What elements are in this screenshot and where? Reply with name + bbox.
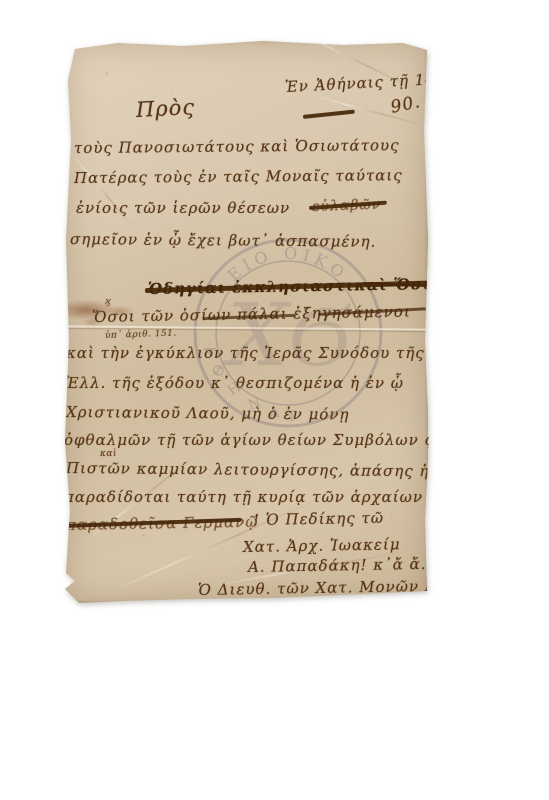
handwriting-struck-phrase: παραδοθεῖσα Γερμανῷ xyxy=(66,513,259,534)
handwriting-marginal-mark: ϗ xyxy=(105,297,111,307)
handwriting-line: Χριστιανικοῦ Λαοῦ, μὴ ὁ ἐν μόνῃ xyxy=(66,403,350,423)
stamp-monogram: ΧϬ xyxy=(221,286,351,386)
handwriting-signature: Ὁ Διευθ. τῶν Χατ. Μονῶν Β. xyxy=(198,577,443,599)
handwriting-line: Ἑλλ. τῆς ἐξόδου κ᾽ θεσπιζομένα ἡ ἐν ᾧ xyxy=(66,374,404,392)
handwriting-line: καὶ τὴν ἐγκύκλιον τῆς Ἱερᾶς Συνόδου τῆς xyxy=(66,344,425,362)
handwriting-line: παραδίδοται ταύτη τῇ κυρίᾳ τῶν ἀρχαίων xyxy=(64,488,423,506)
handwriting-salutation: Πρὸς xyxy=(135,95,195,122)
crease-line xyxy=(70,152,135,230)
aged-paper: ΕΙΟ ΟΙΚΟ ΧϬ Α Θ Η Ν Α Ι xyxy=(63,40,428,603)
circular-library-stamp-icon: ΕΙΟ ΟΙΚΟ ΧϬ Α Θ Η Ν Α Ι xyxy=(192,237,384,429)
handwriting-signature: Α. Παπαδάκη! κ᾽ἄ ἄ. xyxy=(248,555,427,576)
handwriting-struck-word: εὐλαβῶν xyxy=(312,197,382,215)
handwriting-closing-line: Χατ. Ἀρχ. Ἰωακείμ xyxy=(243,535,401,556)
scanned-letter-view: ΕΙΟ ΟΙΚΟ ΧϬ Α Θ Η Ν Α Ι xyxy=(0,0,549,800)
handwriting-line: ὀφθαλμῶν τῇ τῶν ἁγίων θείων Συμβόλων ς xyxy=(64,431,434,449)
handwriting-line: ἐνίοις τῶν ἱερῶν θέσεων xyxy=(76,199,290,217)
handwriting-line: Πατέρας τοὺς ἐν ταῖς Μοναῖς ταύταις xyxy=(74,166,403,187)
handwriting-line: σημεῖον ἐν ᾧ ἔχει βωτ᾽ ἀσπασμένη. xyxy=(70,230,376,251)
handwriting-date-line: Ἐν Ἀθήναις τῇ 14 Ἀπρ. xyxy=(285,68,481,96)
handwriting-insertion-word: καὶ xyxy=(100,449,117,459)
handwriting-line: τοὺς Πανοσιωτάτους καὶ Ὁσιωτάτους xyxy=(74,136,400,157)
letter-page: ΕΙΟ ΟΙΚΟ ΧϬ Α Θ Η Ν Α Ι xyxy=(63,40,428,603)
handwriting-line: ! Ὁ Πεδίκης τῶ xyxy=(253,509,384,529)
handwriting-line: Πιστῶν καμμίαν λειτουργίσσης, ἀπάσης ἡ xyxy=(66,459,430,480)
date-underline-stroke xyxy=(303,110,355,119)
handwriting-date-year: 90. xyxy=(389,92,423,118)
handwriting-insertion-reference: ὑπ᾽ ἀριθ. 151. xyxy=(105,328,177,341)
